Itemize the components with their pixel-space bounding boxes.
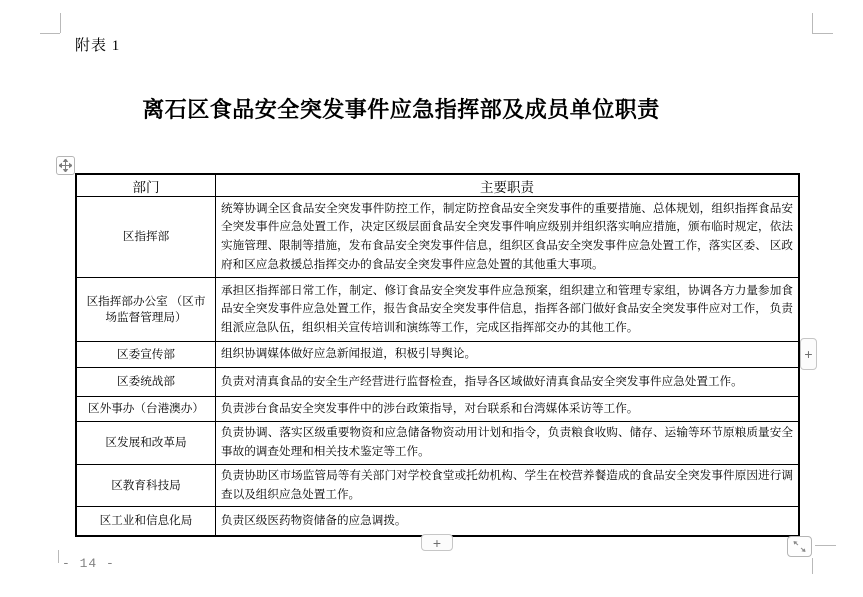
margin-mark-top-left-h	[40, 33, 60, 34]
duty-cell[interactable]: 负责协助区市场监管局等有关部门对学校食堂或托幼机构、学生在校营养餐造成的食品安全…	[216, 465, 800, 507]
margin-mark-top-right-v	[812, 13, 813, 33]
duty-cell[interactable]: 承担区指挥部日常工作，制定、修订食品安全突发事件应急预案，组织建立和管理专家组，…	[216, 278, 800, 342]
margin-mark-top-left-v	[60, 13, 61, 33]
margin-mark-bottom-left-v	[58, 550, 59, 563]
department-cell[interactable]: 区外事办（台港澳办）	[76, 397, 216, 422]
duties-table: 部门主要职责 区指挥部统筹协调全区食品安全突发事件防控工作，制定防控食品安全突发…	[75, 173, 800, 537]
duty-cell[interactable]: 组织协调媒体做好应急新闻报道，积极引导舆论。	[216, 342, 800, 368]
table-row: 区外事办（台港澳办）负责涉台食品安全突发事件中的涉台政策指导，对台联系和台湾媒体…	[76, 397, 799, 422]
department-cell[interactable]: 区工业和信息化局	[76, 507, 216, 536]
department-cell[interactable]: 区指挥部办公室 （区市场监督管理局）	[76, 278, 216, 342]
department-cell[interactable]: 区委宣传部	[76, 342, 216, 368]
move-cross-icon	[59, 159, 72, 172]
table-row: 区发展和改革局负责协调、落实区级重要物资和应急储备物资动用计划和指令，负责粮食收…	[76, 422, 799, 465]
header-cell-duty[interactable]: 主要职责	[216, 174, 800, 197]
table-row: 区指挥部统筹协调全区食品安全突发事件防控工作，制定防控食品安全突发事件的重要措施…	[76, 197, 799, 278]
table-row: 区工业和信息化局负责区级医药物资储备的应急调拨。	[76, 507, 799, 536]
document-page: 附表 1 离石区食品安全突发事件应急指挥部及成员单位职责 部门主要职责 区指挥部…	[0, 0, 863, 597]
department-cell[interactable]: 区教育科技局	[76, 465, 216, 507]
add-row-button[interactable]: +	[421, 534, 453, 551]
attachment-label: 附表 1	[75, 34, 120, 55]
duty-cell[interactable]: 负责涉台食品安全突发事件中的涉台政策指导，对台联系和台湾媒体采访等工作。	[216, 397, 800, 422]
table-row: 区委统战部负责对清真食品的安全生产经营进行监督检查，指导各区域做好清真食品安全突…	[76, 368, 799, 397]
duty-cell[interactable]: 负责协调、落实区级重要物资和应急储备物资动用计划和指令，负责粮食收购、储存、运输…	[216, 422, 800, 465]
plus-icon: +	[804, 346, 812, 362]
table-move-handle[interactable]	[56, 156, 75, 175]
duty-cell[interactable]: 负责对清真食品的安全生产经营进行监督检查，指导各区域做好清真食品安全突发事件应急…	[216, 368, 800, 397]
duty-cell[interactable]: 统筹协调全区食品安全突发事件防控工作，制定防控食品安全突发事件的重要措施、总体规…	[216, 197, 800, 278]
table-resize-handle[interactable]	[787, 536, 812, 557]
table-row: 区委宣传部组织协调媒体做好应急新闻报道，积极引导舆论。	[76, 342, 799, 368]
table-row: 区指挥部办公室 （区市场监督管理局）承担区指挥部日常工作，制定、修订食品安全突发…	[76, 278, 799, 342]
department-cell[interactable]: 区指挥部	[76, 197, 216, 278]
page-number: - 14 -	[62, 556, 115, 571]
add-column-button[interactable]: +	[800, 338, 817, 370]
header-cell-department[interactable]: 部门	[76, 174, 216, 197]
department-cell[interactable]: 区委统战部	[76, 368, 216, 397]
margin-mark-bottom-right-h	[815, 545, 836, 546]
table-body: 区指挥部统筹协调全区食品安全突发事件防控工作，制定防控食品安全突发事件的重要措施…	[76, 197, 799, 536]
diagonal-resize-icon	[792, 540, 807, 553]
plus-icon: +	[433, 535, 441, 551]
table-row: 区教育科技局负责协助区市场监管局等有关部门对学校食堂或托幼机构、学生在校营养餐造…	[76, 465, 799, 507]
department-cell[interactable]: 区发展和改革局	[76, 422, 216, 465]
margin-mark-top-right-h	[812, 33, 833, 34]
duty-cell[interactable]: 负责区级医药物资储备的应急调拨。	[216, 507, 800, 536]
margin-mark-bottom-right-v	[812, 558, 813, 574]
page-title: 离石区食品安全突发事件应急指挥部及成员单位职责	[60, 93, 742, 124]
table-header-row: 部门主要职责	[76, 174, 799, 197]
